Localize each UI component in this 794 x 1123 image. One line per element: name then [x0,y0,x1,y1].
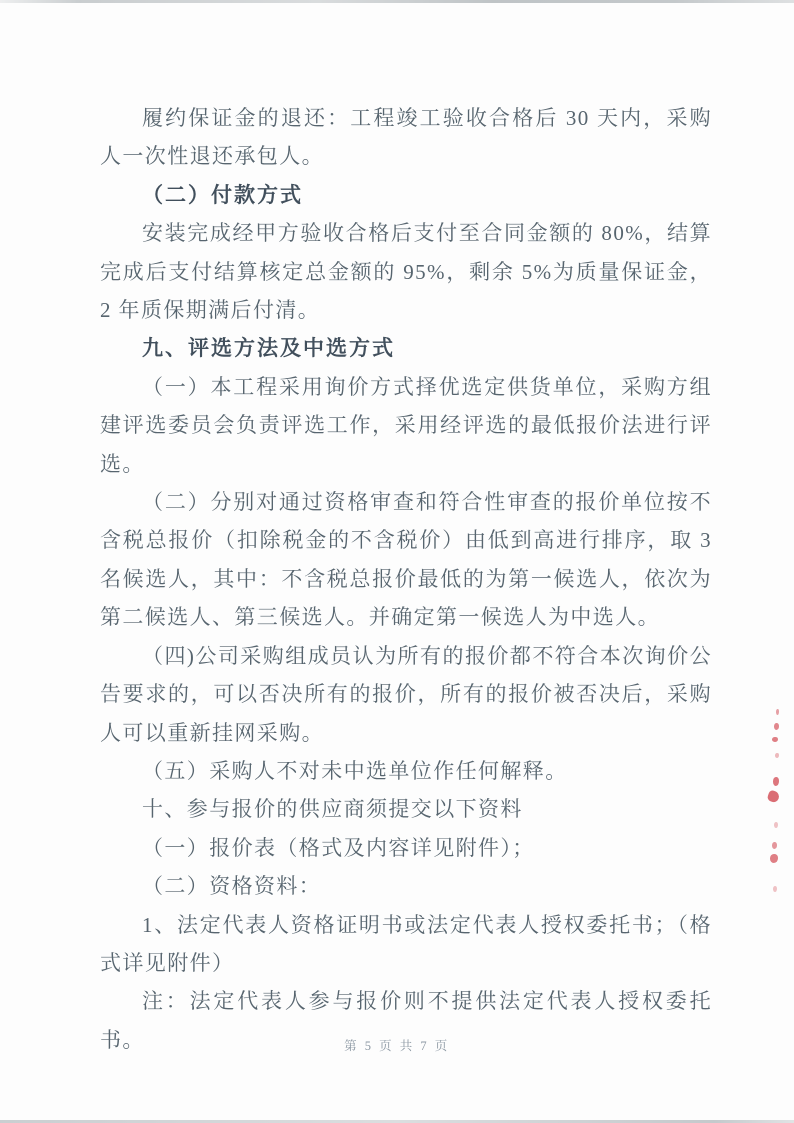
paragraph-section-10-title: 十、参与报价的供应商须提交以下资料 [100,790,712,828]
scan-edge-top-artifact [0,0,794,3]
page-number-label: 第 5 页 共 7 页 [344,1039,450,1053]
seal-edge-mark-icon [773,886,777,892]
paragraph-eval-method-1: （一）本工程采用询价方式择优选定供货单位，采购方组建评选委员会负责评选工作，采用… [100,368,712,483]
paragraph-payment-terms: 安装完成经甲方验收合格后支付至合同金额的 80%，结算完成后支付结算核定总金额的… [100,214,712,329]
seal-edge-mark-icon [774,822,778,828]
paragraph-quote-form: （一）报价表（格式及内容详见附件）； [100,829,712,867]
paragraph-legal-rep-cert: 1、法定代表人资格证明书或法定代表人授权委托书；（格式详见附件） [100,906,712,983]
seal-edge-mark-icon [772,842,777,849]
seal-edge-mark-icon [770,854,778,863]
heading-section-9-evaluation: 九、评选方法及中选方式 [100,329,712,367]
document-content: 履约保证金的退还：工程竣工验收合格后 30 天内，采购人一次性退还承包人。 （二… [100,99,712,1059]
page-footer: 第 5 页 共 7 页 [0,1036,794,1054]
document-page: 履约保证金的退还：工程竣工验收合格后 30 天内，采购人一次性退还承包人。 （二… [0,0,794,1123]
paragraph-eval-method-4: （四)公司采购组成员认为所有的报价都不符合本次询价公告要求的，可以否决所有的报价… [100,637,712,752]
paragraph-bond-refund: 履约保证金的退还：工程竣工验收合格后 30 天内，采购人一次性退还承包人。 [100,99,712,176]
seal-edge-mark-icon [774,723,779,730]
seal-edge-mark-icon [776,709,779,715]
seal-edge-mark-icon [766,789,780,803]
paragraph-eval-method-2: （二）分别对通过资格审查和符合性审查的报价单位按不含税总报价（扣除税金的不含税价… [100,483,712,637]
seal-edge-mark-icon [773,777,779,786]
paragraph-qualification-docs: （二）资格资料： [100,867,712,905]
seal-edge-mark-icon [772,737,778,742]
seal-edge-mark-icon [775,753,779,758]
heading-payment-method: （二）付款方式 [100,176,712,214]
paragraph-eval-method-5: （五）采购人不对未中选单位作任何解释。 [100,752,712,790]
